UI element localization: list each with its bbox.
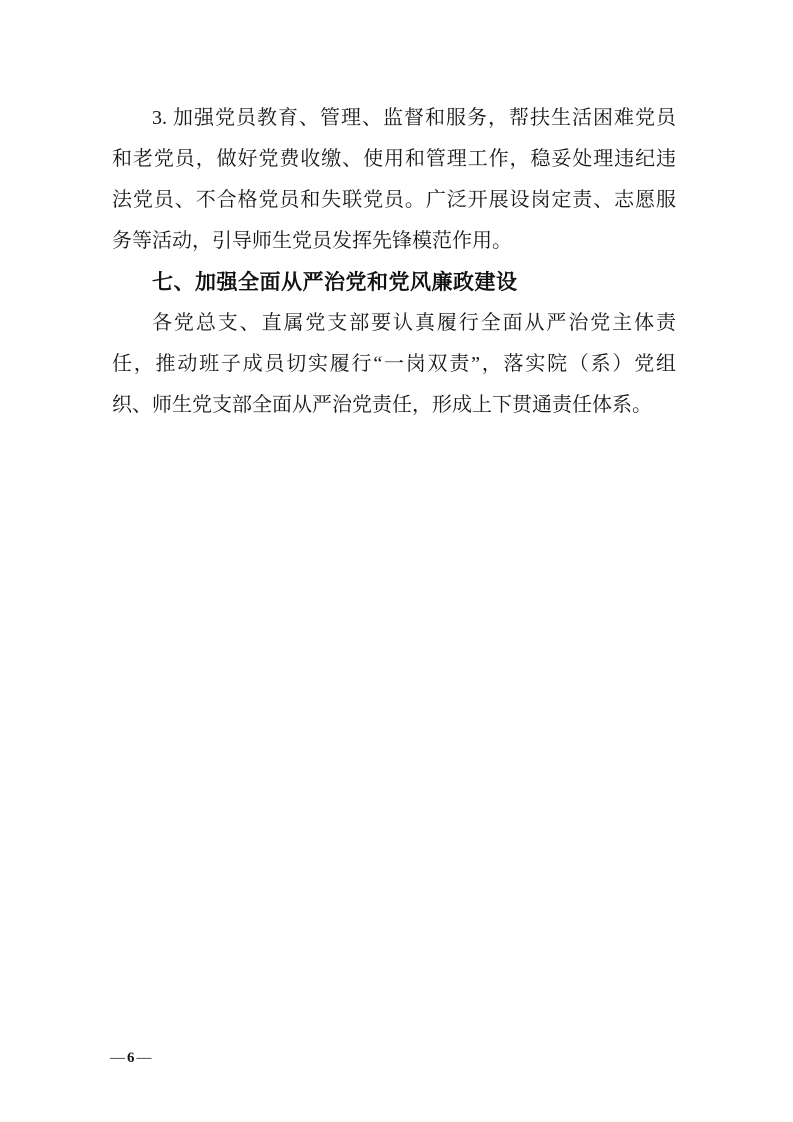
paragraph-line: 3. 加强党员教育、管理、监督和服务，帮扶生活困难党员	[112, 98, 676, 139]
page-number-footer: —6—	[110, 1048, 152, 1068]
paragraph-line: 各党总支、直属党支部要认真履行全面从严治党主体责	[112, 303, 676, 344]
page-number-dash-left: —	[110, 1048, 125, 1068]
document-page: 3. 加强党员教育、管理、监督和服务，帮扶生活困难党员 和老党员，做好党费收缴、…	[0, 0, 793, 1122]
paragraph-line: 法党员、不合格党员和失联党员。广泛开展设岗定责、志愿服	[112, 180, 676, 221]
paragraph-line: 务等活动，引导师生党员发挥先锋模范作用。	[112, 221, 676, 262]
paragraph-line: 和老党员，做好党费收缴、使用和管理工作，稳妥处理违纪违	[112, 139, 676, 180]
paragraph-line: 任，推动班子成员切实履行“一岗双责”，落实院（系）党组	[112, 344, 676, 385]
paragraph-line: 织、师生党支部全面从严治党责任，形成上下贯通责任体系。	[112, 385, 676, 426]
section-heading: 七、加强全面从严治党和党风廉政建设	[112, 262, 676, 303]
page-number: 6	[127, 1048, 135, 1068]
page-number-dash-right: —	[137, 1048, 152, 1068]
document-body: 3. 加强党员教育、管理、监督和服务，帮扶生活困难党员 和老党员，做好党费收缴、…	[112, 98, 676, 426]
